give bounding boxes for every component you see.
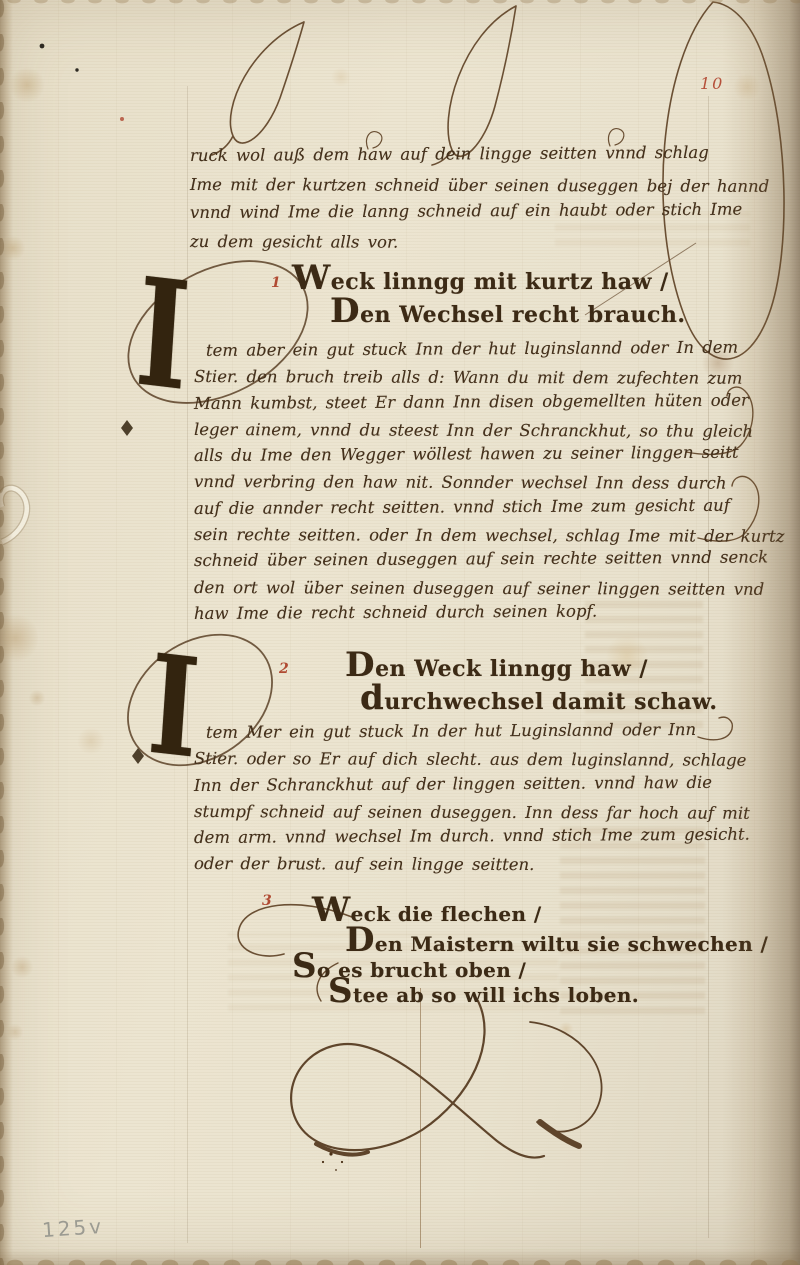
- text-line: tem Mer ein gut stuck In der hut Luginsl…: [194, 717, 750, 747]
- page-number: 10: [700, 74, 724, 93]
- verse-line: Stee ab so will ichs loben.: [328, 971, 639, 1011]
- ink-specks: [40, 44, 124, 121]
- paragraph-1: ruck wol auß dem haw auf dein lingge sei…: [190, 142, 769, 256]
- text-line: tem aber ein gut stuck Inn der hut lugin…: [194, 334, 785, 364]
- bottom-swash: [291, 1001, 601, 1171]
- section-2-number: 2: [279, 661, 289, 677]
- text-line: ruck wol auß dem haw auf dein lingge sei…: [190, 138, 769, 170]
- deckle-edge-top: [0, 0, 800, 9]
- section-1-number: 1: [271, 275, 281, 291]
- text-line: oder der brust. auf sein lingge seitten.: [194, 851, 750, 879]
- text-line: haw Ime die recht schneid durch seinen k…: [194, 597, 785, 627]
- paragraph-2-initial: I: [132, 258, 193, 412]
- text-line: schneid über seinen duseggen auf sein re…: [194, 545, 785, 575]
- binding-gutter-shadow: [722, 0, 800, 1265]
- text-line: Mann kumbst, steet Er dann Inn disen obg…: [194, 387, 785, 417]
- folio-number: 125v: [41, 1214, 105, 1242]
- deckle-edge-bottom: [0, 1249, 800, 1265]
- section-2-heading-line-2: durchwechsel damit schaw.: [360, 678, 718, 718]
- paragraph-2: tem aber ein gut stuck Inn der hut lugin…: [194, 338, 784, 627]
- section-1-heading-line-2: Den Wechsel recht brauch.: [330, 291, 686, 331]
- text-line: dem arm. vnnd wechsel Im durch. vnnd sti…: [194, 822, 750, 852]
- manuscript-page: 10 125v ruck wol auß dem haw auf dein li…: [0, 0, 800, 1265]
- paragraph-3: tem Mer ein gut stuck In der hut Luginsl…: [194, 720, 750, 878]
- text-line: auf die annder recht seitten. vnnd stich…: [194, 492, 785, 522]
- section-3-number: 3: [262, 893, 272, 909]
- text-line: Inn der Schranckhut auf der linggen seit…: [194, 769, 750, 799]
- text-line: zu dem gesicht alls vor.: [190, 228, 769, 258]
- deckle-edge-left: [0, 0, 13, 1265]
- text-line: vnnd wind Ime die lanng schneid auf ein …: [190, 195, 769, 227]
- text-line: alls du Ime den Wegger wöllest hawen zu …: [194, 440, 785, 470]
